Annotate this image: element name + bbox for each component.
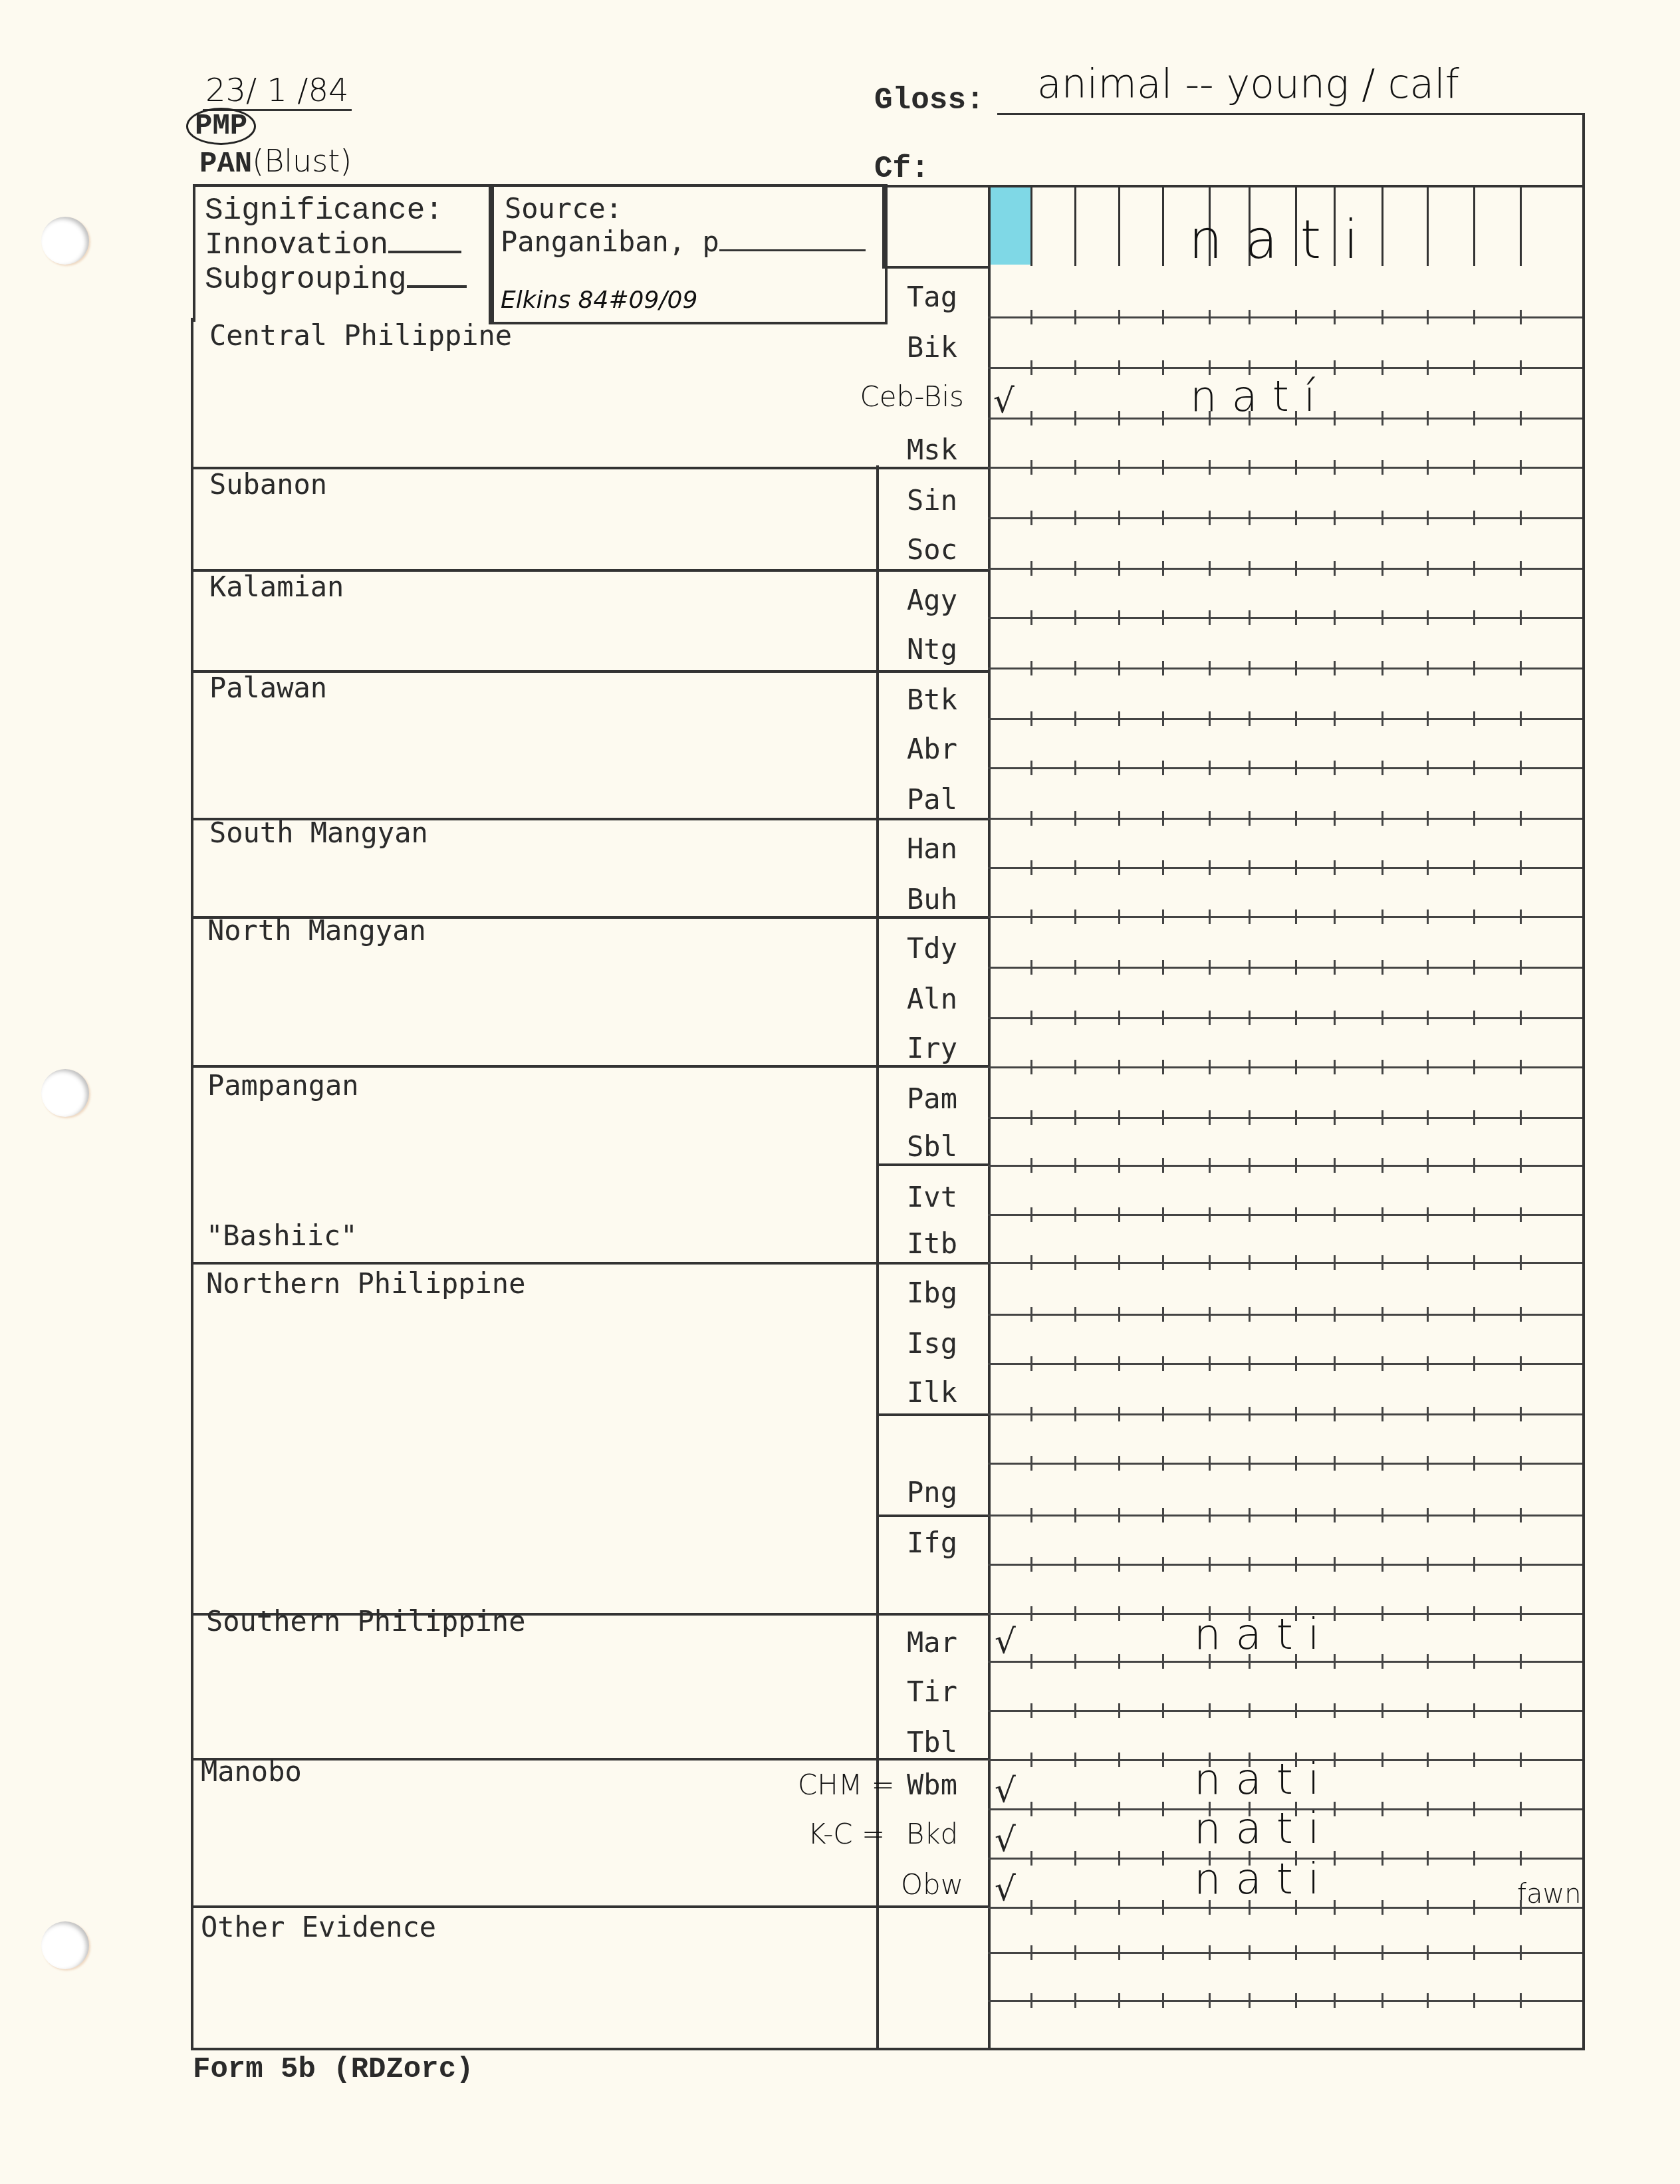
row-tick — [1295, 711, 1297, 726]
form-obw[interactable]: nati — [1194, 1855, 1334, 1904]
row-tick — [1074, 1802, 1076, 1816]
row-tick — [1473, 711, 1475, 726]
row-tick — [1381, 1255, 1383, 1270]
row-tick — [1295, 1011, 1297, 1025]
row-tick — [1427, 1508, 1429, 1522]
row-tick — [1209, 1307, 1211, 1322]
lang-ilk: Ilk — [876, 1376, 988, 1409]
row-tick — [1473, 1456, 1475, 1471]
row-tick — [1427, 310, 1429, 324]
pan-text: PAN — [199, 148, 252, 181]
lang-tir: Tir — [876, 1675, 988, 1708]
check-bkd: √ — [995, 1820, 1016, 1859]
row-tick — [1162, 1158, 1164, 1173]
gloss-value: animal -- young / calf — [1037, 61, 1459, 108]
row-tick — [1074, 1110, 1076, 1125]
row-tick — [1427, 460, 1429, 475]
row-tick — [1427, 711, 1429, 726]
row-tick — [1334, 1307, 1336, 1322]
row-tick — [1334, 511, 1336, 525]
row-tick — [1520, 1011, 1522, 1025]
lang-obw: Obw — [876, 1868, 988, 1901]
row-tick — [1162, 411, 1164, 425]
row-tick — [1118, 1011, 1120, 1025]
form-bottom-border — [191, 2048, 1585, 2050]
row-tick — [1118, 1993, 1120, 2008]
row-tick — [1209, 1255, 1211, 1270]
row-tick — [1118, 910, 1120, 924]
row-tick — [1334, 411, 1336, 425]
cf-field[interactable] — [937, 146, 1576, 183]
form-wbm[interactable]: nati — [1194, 1755, 1334, 1804]
row-tick — [1209, 1851, 1211, 1866]
row-tick — [1295, 1060, 1297, 1074]
row-tick — [1520, 411, 1522, 425]
divider-other — [191, 1905, 989, 1908]
row-tick — [1118, 1110, 1120, 1125]
row-tick — [1427, 1654, 1429, 1669]
row-tick — [1209, 661, 1211, 675]
row-tick — [1427, 1606, 1429, 1621]
row-tick — [1473, 1307, 1475, 1322]
row-tick — [1030, 1606, 1032, 1621]
lang-han: Han — [876, 832, 988, 865]
row-tick — [1381, 1158, 1383, 1173]
row-tick — [1030, 910, 1032, 924]
row-tick — [1427, 1851, 1429, 1866]
row-tick — [1334, 610, 1336, 625]
row-tick — [1427, 1207, 1429, 1222]
row-tick — [1030, 411, 1032, 425]
punch-hole-bottom — [41, 1921, 89, 1969]
row-tick — [1209, 1456, 1211, 1471]
row-tick — [1427, 1993, 1429, 2008]
divider-manobo — [191, 1758, 989, 1760]
row-tick — [1295, 1945, 1297, 1960]
row-tick — [1520, 360, 1522, 375]
row-tick — [1473, 411, 1475, 425]
lang-bkd-prefix: K-C = — [808, 1818, 885, 1850]
row-tick — [1162, 711, 1164, 726]
row-tick — [1118, 1945, 1120, 1960]
lang-ceb-bis: Ceb-Bis — [831, 380, 964, 413]
form-left-border — [191, 318, 193, 2049]
row-tick — [1030, 360, 1032, 375]
row-tick — [1162, 811, 1164, 826]
source-note: Elkins 84#09/09 — [501, 287, 697, 314]
form-mar[interactable]: nati — [1194, 1610, 1334, 1659]
row-tick — [1473, 1851, 1475, 1866]
source-label: Source: — [505, 192, 622, 225]
row-tick — [1473, 1110, 1475, 1125]
row-tick — [1209, 610, 1211, 625]
row-tick — [1118, 1307, 1120, 1322]
row-tick — [1334, 1900, 1336, 1915]
subgrouping-option[interactable]: Subgrouping — [205, 263, 467, 297]
row-tick — [1074, 1456, 1076, 1471]
lang-bkd: Bkd — [876, 1818, 988, 1850]
row-tick — [1520, 460, 1522, 475]
row-tick — [1473, 1557, 1475, 1572]
row-tick — [1249, 860, 1251, 875]
group-bashiic: "Bashiic" — [206, 1219, 358, 1252]
row-tick — [1209, 1557, 1211, 1572]
row-tick — [1520, 1060, 1522, 1074]
row-tick — [1334, 661, 1336, 675]
row-tick — [1209, 1945, 1211, 1960]
row-tick — [1030, 1557, 1032, 1572]
row-tick — [1118, 1703, 1120, 1718]
row-tick — [1074, 761, 1076, 775]
row-tick — [1520, 761, 1522, 775]
row-tick — [1074, 1945, 1076, 1960]
divider-bashiic-labels — [876, 1163, 988, 1166]
row-tick — [1334, 1606, 1336, 1621]
source-field[interactable]: Panganiban, p — [501, 225, 866, 258]
row-tick — [1118, 1557, 1120, 1572]
group-other-evidence: Other Evidence — [201, 1911, 436, 1943]
row-tick — [1473, 1356, 1475, 1371]
row-tick — [1030, 761, 1032, 775]
row-tick — [1427, 1011, 1429, 1025]
lang-png: Png — [876, 1476, 988, 1509]
row-tick — [1473, 1255, 1475, 1270]
row-tick — [1209, 310, 1211, 324]
row-tick — [1473, 1207, 1475, 1222]
row-tick — [1030, 860, 1032, 875]
row-tick — [1249, 1753, 1251, 1767]
row-tick — [1074, 1993, 1076, 2008]
row-tick — [1249, 1158, 1251, 1173]
row-tick — [1520, 1508, 1522, 1522]
reconstruction-cells[interactable]: nati — [988, 186, 1582, 266]
row-tick — [1427, 1456, 1429, 1471]
row-tick — [1381, 1011, 1383, 1025]
row-tick — [1249, 711, 1251, 726]
lang-abr: Abr — [876, 733, 988, 765]
row-tick — [1118, 811, 1120, 826]
punch-hole-top — [41, 217, 89, 265]
row-tick — [1118, 360, 1120, 375]
row-tick — [1427, 561, 1429, 576]
row-tick — [1030, 1356, 1032, 1371]
row-tick — [1118, 610, 1120, 625]
source-value: Panganiban, p — [501, 225, 719, 258]
row-tick — [1249, 1307, 1251, 1322]
row-tick — [1249, 960, 1251, 975]
row-tick — [1162, 1407, 1164, 1421]
row-tick — [1030, 1255, 1032, 1270]
row-tick — [1074, 561, 1076, 576]
row-tick — [1427, 1703, 1429, 1718]
row-tick — [1473, 1753, 1475, 1767]
row-tick — [1381, 1945, 1383, 1960]
row-tick — [1295, 511, 1297, 525]
row-tick — [1209, 711, 1211, 726]
row-tick — [1249, 1456, 1251, 1471]
row-tick — [1520, 860, 1522, 875]
right-border-top — [1582, 113, 1585, 186]
row-tick — [1427, 1802, 1429, 1816]
row-tick — [1162, 1900, 1164, 1915]
row-tick — [1118, 460, 1120, 475]
row-tick — [1074, 1851, 1076, 1866]
row-tick — [1427, 1158, 1429, 1173]
lang-tag: Tag — [876, 281, 988, 313]
row-tick — [1074, 960, 1076, 975]
row-tick — [1249, 910, 1251, 924]
lang-itb: Itb — [876, 1227, 988, 1260]
row-tick — [1209, 460, 1211, 475]
row-tick — [1209, 1011, 1211, 1025]
row-tick — [1030, 1110, 1032, 1125]
row-tick — [1074, 860, 1076, 875]
row-tick — [1295, 411, 1297, 425]
row-tick — [1118, 661, 1120, 675]
row-tick — [1074, 910, 1076, 924]
row-tick — [1295, 1508, 1297, 1522]
row-tick — [1249, 310, 1251, 324]
row-tick — [1162, 1606, 1164, 1621]
row-tick — [1209, 1753, 1211, 1767]
row-tick — [1162, 910, 1164, 924]
row-tick — [1209, 360, 1211, 375]
row-tick — [1427, 1945, 1429, 1960]
row-tick — [1030, 1207, 1032, 1222]
row-tick — [1209, 1606, 1211, 1621]
row-tick — [1520, 1851, 1522, 1866]
row-tick — [1427, 1307, 1429, 1322]
row-tick — [1295, 1110, 1297, 1125]
check-wbm: √ — [995, 1771, 1016, 1810]
row-tick — [1162, 511, 1164, 525]
row-tick — [1030, 1703, 1032, 1718]
row-tick — [1074, 1356, 1076, 1371]
group-palawan: Palawan — [209, 671, 327, 704]
row-tick — [1334, 310, 1336, 324]
row-tick — [1520, 1356, 1522, 1371]
row-tick — [1030, 661, 1032, 675]
lang-mar: Mar — [876, 1626, 988, 1659]
lang-sbl: Sbl — [876, 1130, 988, 1163]
row-tick — [1473, 960, 1475, 975]
row-tick — [1162, 1945, 1164, 1960]
pan-label: PAN(Blust) — [199, 143, 352, 181]
row-tick — [1334, 711, 1336, 726]
row-tick — [1334, 1255, 1336, 1270]
row-tick — [1520, 1654, 1522, 1669]
lang-agy: Agy — [876, 584, 988, 616]
row-tick — [1030, 1654, 1032, 1669]
row-tick — [1209, 1654, 1211, 1669]
row-tick — [1118, 561, 1120, 576]
row-tick — [1473, 761, 1475, 775]
lang-isg: Isg — [876, 1327, 988, 1360]
row-tick — [1381, 1753, 1383, 1767]
group-kalamian: Kalamian — [209, 570, 344, 603]
innovation-label: Innovation — [205, 228, 388, 263]
row-tick — [1295, 1654, 1297, 1669]
row-tick — [1030, 1060, 1032, 1074]
lang-ifg: Ifg — [876, 1526, 988, 1559]
row-tick — [1334, 1456, 1336, 1471]
row-tick — [1381, 661, 1383, 675]
row-tick — [1520, 610, 1522, 625]
row-tick — [1334, 1207, 1336, 1222]
row-tick — [1162, 1307, 1164, 1322]
lang-ntg: Ntg — [876, 633, 988, 666]
row-tick — [1295, 661, 1297, 675]
row-tick — [1334, 960, 1336, 975]
row-tick — [1162, 1356, 1164, 1371]
row-tick — [1030, 1307, 1032, 1322]
row-tick — [1381, 811, 1383, 826]
row-tick — [1520, 711, 1522, 726]
row-tick — [1030, 511, 1032, 525]
row-tick — [1381, 1110, 1383, 1125]
row-tick — [1334, 1945, 1336, 1960]
label-column-top — [882, 185, 885, 267]
row-tick — [1074, 1703, 1076, 1718]
row-tick — [1334, 1703, 1336, 1718]
row-tick — [1381, 1703, 1383, 1718]
form-right-border — [1582, 185, 1585, 2049]
row-tick — [1473, 310, 1475, 324]
row-tick — [1118, 1606, 1120, 1621]
row-tick — [1520, 1557, 1522, 1572]
row-tick — [1162, 1703, 1164, 1718]
row-tick — [1074, 1158, 1076, 1173]
row-tick — [1162, 1802, 1164, 1816]
row-tick — [1162, 661, 1164, 675]
innovation-option[interactable]: Innovation — [205, 228, 461, 263]
row-tick — [1520, 1456, 1522, 1471]
row-tick — [1427, 661, 1429, 675]
row-tick — [1074, 1606, 1076, 1621]
row-tick — [1473, 1060, 1475, 1074]
row-tick — [1162, 561, 1164, 576]
row-tick — [1334, 1407, 1336, 1421]
row-tick — [1249, 1207, 1251, 1222]
row-tick — [1295, 1703, 1297, 1718]
row-tick — [1473, 511, 1475, 525]
row-tick — [1118, 411, 1120, 425]
lang-sin: Sin — [876, 484, 988, 517]
row-tick — [1118, 761, 1120, 775]
lang-msk: Msk — [876, 433, 988, 466]
row-tick — [1381, 761, 1383, 775]
row-tick — [1295, 1255, 1297, 1270]
row-tick — [1118, 1508, 1120, 1522]
row-tick — [1334, 1011, 1336, 1025]
row-tick — [1249, 1900, 1251, 1915]
group-central-philippine: Central Philippine — [209, 319, 512, 352]
row-tick — [1520, 1207, 1522, 1222]
row-tick — [1030, 1407, 1032, 1421]
row-tick — [1520, 1900, 1522, 1915]
row-tick — [1074, 460, 1076, 475]
row-tick — [1030, 1011, 1032, 1025]
row-tick — [1334, 1110, 1336, 1125]
row-tick — [1427, 811, 1429, 826]
row-tick — [1074, 1508, 1076, 1522]
row-tick — [1074, 661, 1076, 675]
lang-pal: Pal — [876, 783, 988, 816]
row-tick — [1162, 1508, 1164, 1522]
row-tick — [1249, 761, 1251, 775]
gloss-label: Gloss: — [874, 83, 985, 118]
row-tick — [1520, 1753, 1522, 1767]
row-tick — [1209, 1900, 1211, 1915]
row-tick — [1074, 1654, 1076, 1669]
row-tick — [1427, 860, 1429, 875]
row-tick — [1295, 910, 1297, 924]
row-tick — [1295, 561, 1297, 576]
label-header-bottom — [882, 266, 989, 269]
row-tick — [1162, 1207, 1164, 1222]
row-tick — [1473, 1802, 1475, 1816]
gloss-field[interactable]: animal -- young / calf — [997, 66, 1582, 115]
row-tick — [1209, 511, 1211, 525]
row-tick — [1473, 1900, 1475, 1915]
significance-box: Significance: Innovation Subgrouping — [193, 184, 494, 322]
row-tick — [1209, 960, 1211, 975]
group-pampangan: Pampangan — [207, 1069, 359, 1102]
row-tick — [1295, 1456, 1297, 1471]
row-tick — [1295, 1158, 1297, 1173]
row-tick — [1381, 711, 1383, 726]
punch-hole-middle — [41, 1069, 89, 1117]
row-tick — [1427, 360, 1429, 375]
row-tick — [1249, 1356, 1251, 1371]
note-obw: fawn — [1517, 1879, 1582, 1909]
row-tick — [1074, 1255, 1076, 1270]
row-tick — [1381, 561, 1383, 576]
row-tick — [1427, 1753, 1429, 1767]
row-tick — [1074, 411, 1076, 425]
pan-note: (Blust) — [252, 143, 352, 179]
row-tick — [1030, 1456, 1032, 1471]
row-tick — [1334, 360, 1336, 375]
row-tick — [1118, 1851, 1120, 1866]
cf-label: Cf: — [874, 152, 929, 186]
row-tick — [1334, 1557, 1336, 1572]
row-tick — [1381, 960, 1383, 975]
form-bkd[interactable]: nati — [1194, 1804, 1334, 1854]
form-ceb-bis[interactable]: natí — [1190, 372, 1330, 422]
row-tick — [1381, 460, 1383, 475]
lang-btk: Btk — [876, 683, 988, 716]
row-tick — [1295, 1356, 1297, 1371]
row-tick — [1295, 460, 1297, 475]
row-tick — [1162, 460, 1164, 475]
row-tick — [1249, 1606, 1251, 1621]
reconstruction-form: nati — [1189, 209, 1381, 271]
row-tick — [1162, 761, 1164, 775]
row-tick — [1473, 610, 1475, 625]
row-tick — [1118, 1060, 1120, 1074]
row-tick — [1295, 1606, 1297, 1621]
row-tick — [1520, 960, 1522, 975]
row-tick — [1030, 1993, 1032, 2008]
row-tick — [1030, 610, 1032, 625]
subgrouping-label: Subgrouping — [205, 263, 407, 297]
row-tick — [1209, 860, 1211, 875]
row-tick — [1427, 910, 1429, 924]
divider-pampangan — [191, 1065, 989, 1068]
row-tick — [1473, 910, 1475, 924]
row-tick — [1118, 1255, 1120, 1270]
